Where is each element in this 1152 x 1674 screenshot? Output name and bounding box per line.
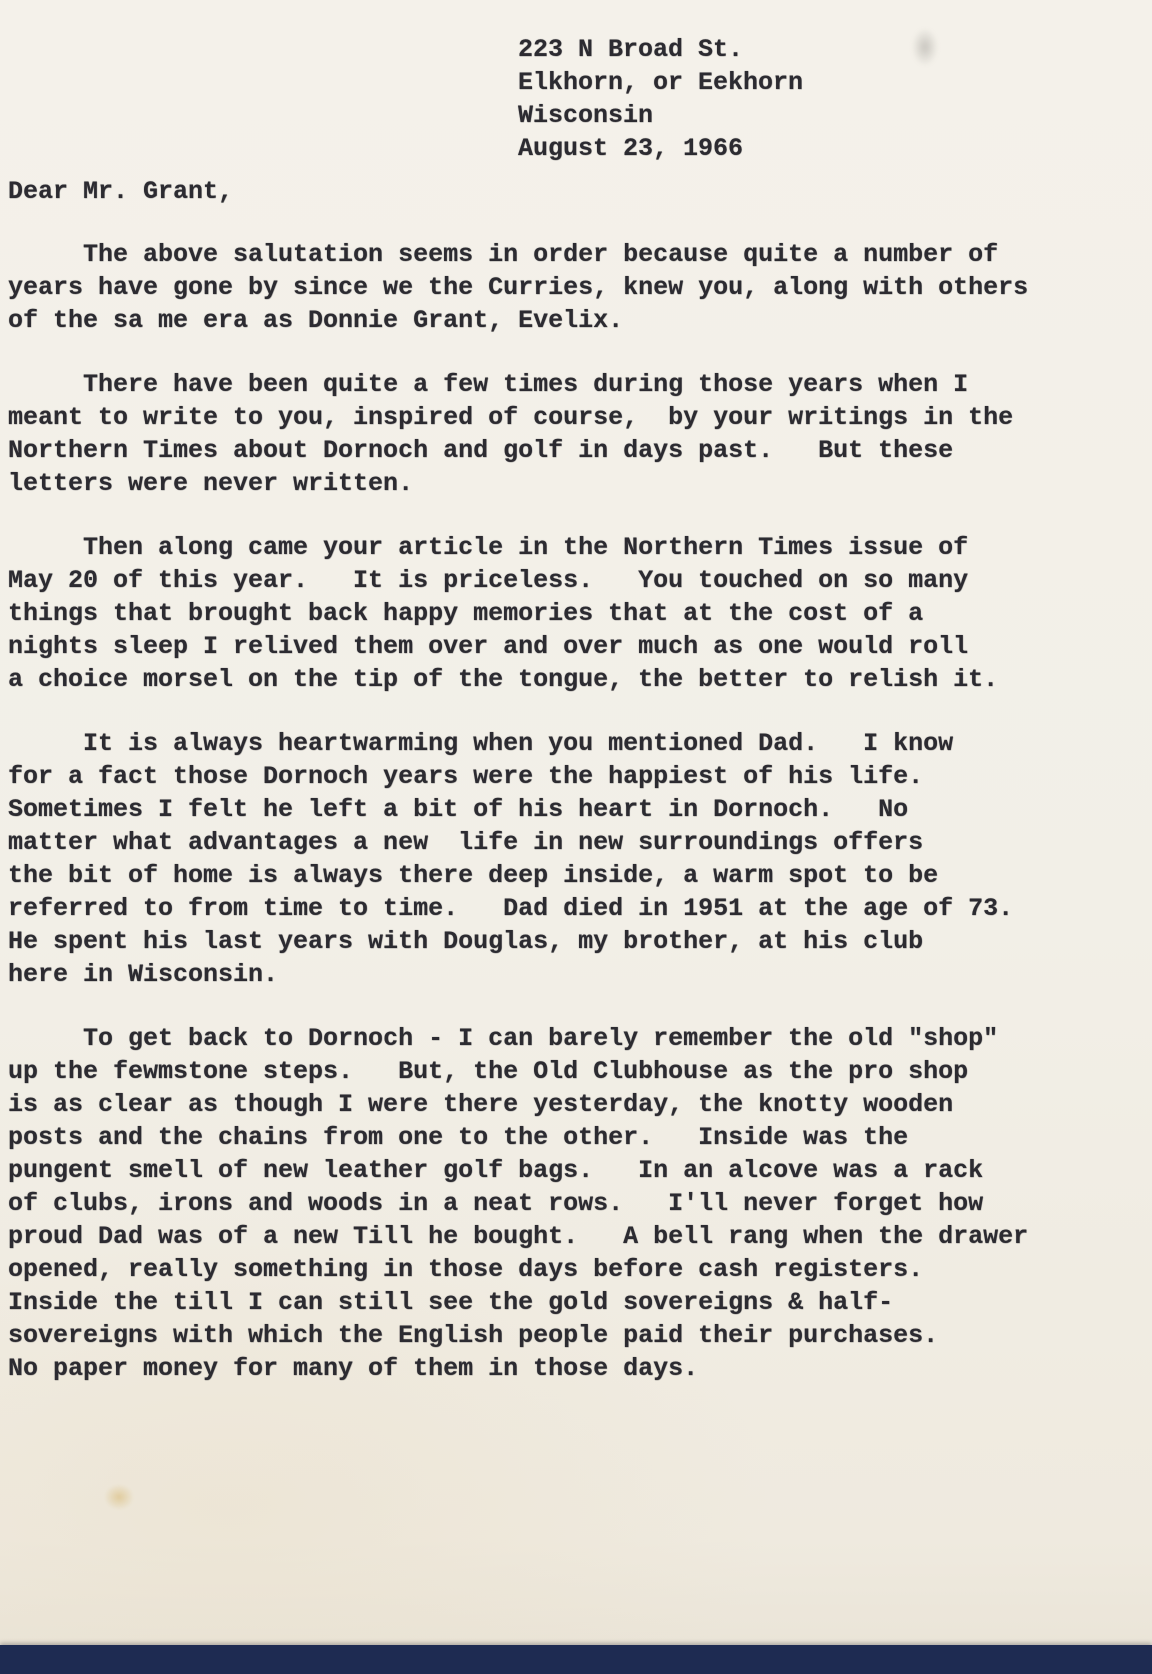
paragraph-1: The above salutation seems in order beca…: [8, 238, 1138, 337]
paragraph-3: Then along came your article in the Nort…: [8, 531, 1138, 696]
scan-footer-strip: [0, 1645, 1152, 1674]
letter-page: 223 N Broad St. Elkhorn, or Eekhorn Wisc…: [0, 0, 1152, 1674]
paragraph-4: It is always heartwarming when you menti…: [8, 727, 1138, 991]
salutation: Dear Mr. Grant,: [8, 175, 233, 208]
paragraph-2: There have been quite a few times during…: [8, 368, 1138, 500]
letter-body: The above salutation seems in order beca…: [8, 238, 1138, 1416]
scan-smudge: [912, 28, 938, 66]
paper-stain: [104, 1484, 134, 1510]
paragraph-5: To get back to Dornoch - I can barely re…: [8, 1022, 1138, 1385]
sender-address-date-block: 223 N Broad St. Elkhorn, or Eekhorn Wisc…: [518, 33, 803, 165]
